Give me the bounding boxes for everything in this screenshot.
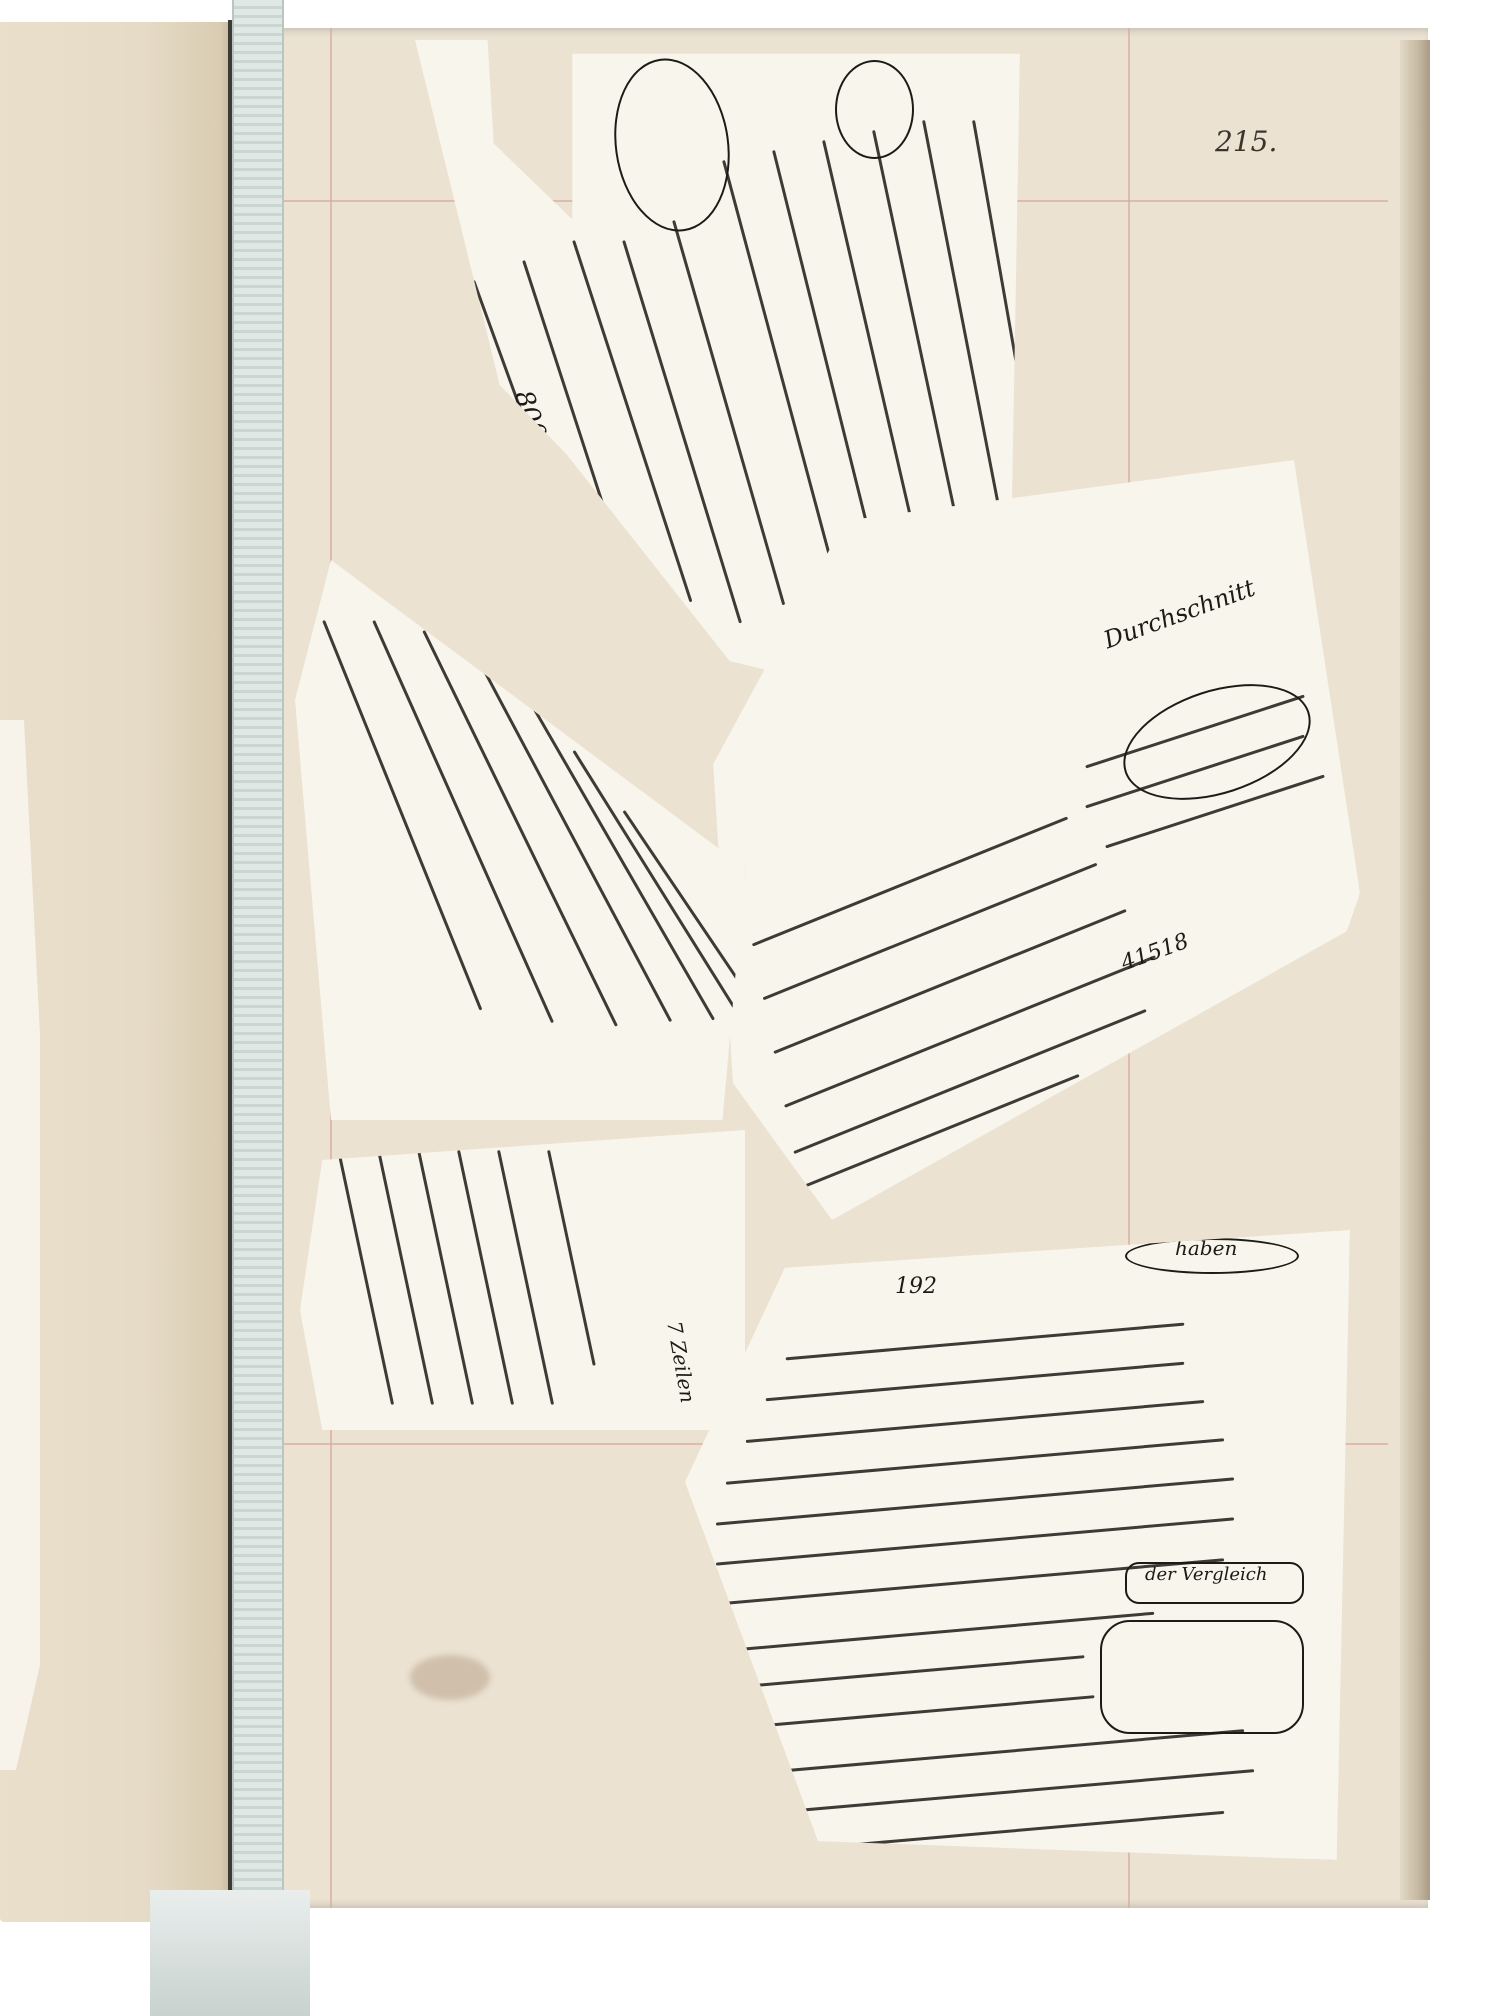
paper-stain	[410, 1655, 490, 1700]
fragment-text: 7 Zeilen	[662, 1319, 700, 1404]
page-edge	[1400, 40, 1430, 1900]
fragment-bottom-left: 7 Zeilen	[300, 1130, 745, 1430]
circled-note	[835, 60, 914, 159]
circled-note	[1100, 1620, 1304, 1734]
page-number: 215.	[1215, 125, 1277, 158]
fragment-text: Durchschnitt	[1100, 574, 1259, 655]
marginal-number: 41518	[1118, 929, 1192, 976]
boxed-note-text: der Vergleich	[1145, 1564, 1267, 1585]
circled-note	[1109, 663, 1326, 822]
circled-note	[603, 51, 740, 239]
ribbon-tail	[150, 1890, 310, 2016]
header-number: 192	[895, 1274, 937, 1299]
bookmark-ribbon	[232, 0, 284, 2016]
